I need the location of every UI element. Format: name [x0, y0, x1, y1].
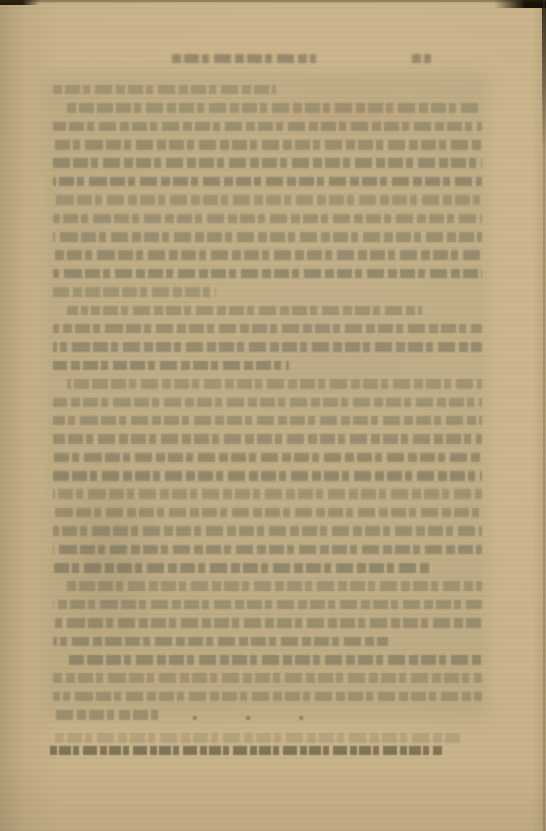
faded-print-bar	[53, 637, 388, 647]
text-line	[53, 113, 482, 131]
faded-print-bar	[53, 140, 482, 150]
faded-print-bar	[53, 342, 482, 352]
text-line	[53, 407, 482, 425]
text-line	[53, 462, 482, 480]
body-text-block	[53, 76, 482, 720]
faded-print-bar	[53, 214, 482, 224]
text-line	[53, 481, 482, 499]
text-line	[53, 609, 482, 627]
text-line	[53, 186, 482, 204]
faded-print-bar	[53, 508, 482, 518]
faded-print-bar	[53, 122, 482, 132]
faded-print-bar	[53, 434, 482, 444]
scanned-book-page: { "page": { "paper_color": "#c9b38a", "i…	[0, 0, 546, 831]
ghost-show-through-line	[55, 733, 461, 743]
text-line	[53, 205, 482, 223]
scan-edge-right-line	[543, 0, 545, 831]
text-line	[53, 646, 482, 664]
asterisk-glyph: *	[299, 714, 305, 727]
text-line	[53, 352, 482, 370]
faded-print-bar	[53, 324, 482, 334]
faded-print-bar	[53, 526, 482, 536]
faded-print-bar	[53, 195, 482, 205]
faded-print-bar	[53, 489, 482, 499]
faded-print-bar	[53, 287, 216, 297]
text-line	[53, 444, 482, 462]
text-line	[53, 591, 482, 609]
faded-print-bar	[53, 692, 482, 702]
faded-print-bar	[53, 710, 160, 720]
text-line	[53, 517, 482, 535]
section-separator: * * *	[192, 714, 304, 727]
text-line	[53, 425, 482, 443]
text-line	[53, 628, 482, 646]
text-line	[53, 168, 482, 186]
text-line	[53, 554, 482, 572]
text-line	[53, 389, 482, 407]
text-line	[53, 573, 482, 591]
faded-print-bar	[53, 673, 482, 683]
text-line	[53, 150, 482, 168]
faded-print-bar	[53, 232, 482, 242]
faded-print-bar	[53, 250, 482, 260]
faded-print-bar	[53, 545, 482, 555]
text-line	[53, 499, 482, 517]
page-number-faded	[412, 54, 431, 63]
text-line	[53, 315, 482, 333]
text-line	[53, 131, 482, 149]
faded-print-bar	[53, 158, 482, 168]
faded-print-bar	[53, 177, 482, 187]
text-line	[53, 370, 482, 388]
faded-print-bar	[67, 379, 482, 389]
faded-print-bar	[53, 85, 276, 95]
faded-print-bar	[53, 416, 482, 426]
faded-print-bar	[53, 600, 482, 610]
text-line	[53, 260, 482, 278]
text-line	[53, 76, 482, 94]
text-line	[53, 536, 482, 554]
asterisk-glyph: *	[245, 714, 251, 727]
text-line	[53, 242, 482, 260]
faded-print-bar	[67, 306, 422, 316]
text-line	[53, 665, 482, 683]
faded-print-bar	[53, 471, 482, 481]
text-line	[53, 297, 482, 315]
faded-print-bar	[67, 581, 482, 591]
faded-print-bar	[53, 453, 482, 463]
footnote-line-faded	[50, 746, 442, 755]
faded-print-bar	[53, 398, 482, 408]
text-line	[53, 223, 482, 241]
text-line	[53, 278, 482, 296]
asterisk-glyph: *	[192, 714, 198, 727]
running-header-title-faded	[172, 54, 316, 63]
faded-print-bar	[53, 618, 482, 628]
text-line	[53, 333, 482, 351]
faded-print-bar	[53, 361, 289, 371]
faded-print-bar	[67, 103, 482, 113]
scan-edge-top-line	[0, 0, 546, 2]
faded-print-bar	[53, 563, 431, 573]
text-line	[53, 683, 482, 701]
text-line	[53, 94, 482, 112]
faded-print-bar	[53, 269, 482, 279]
faded-print-bar	[67, 655, 482, 665]
